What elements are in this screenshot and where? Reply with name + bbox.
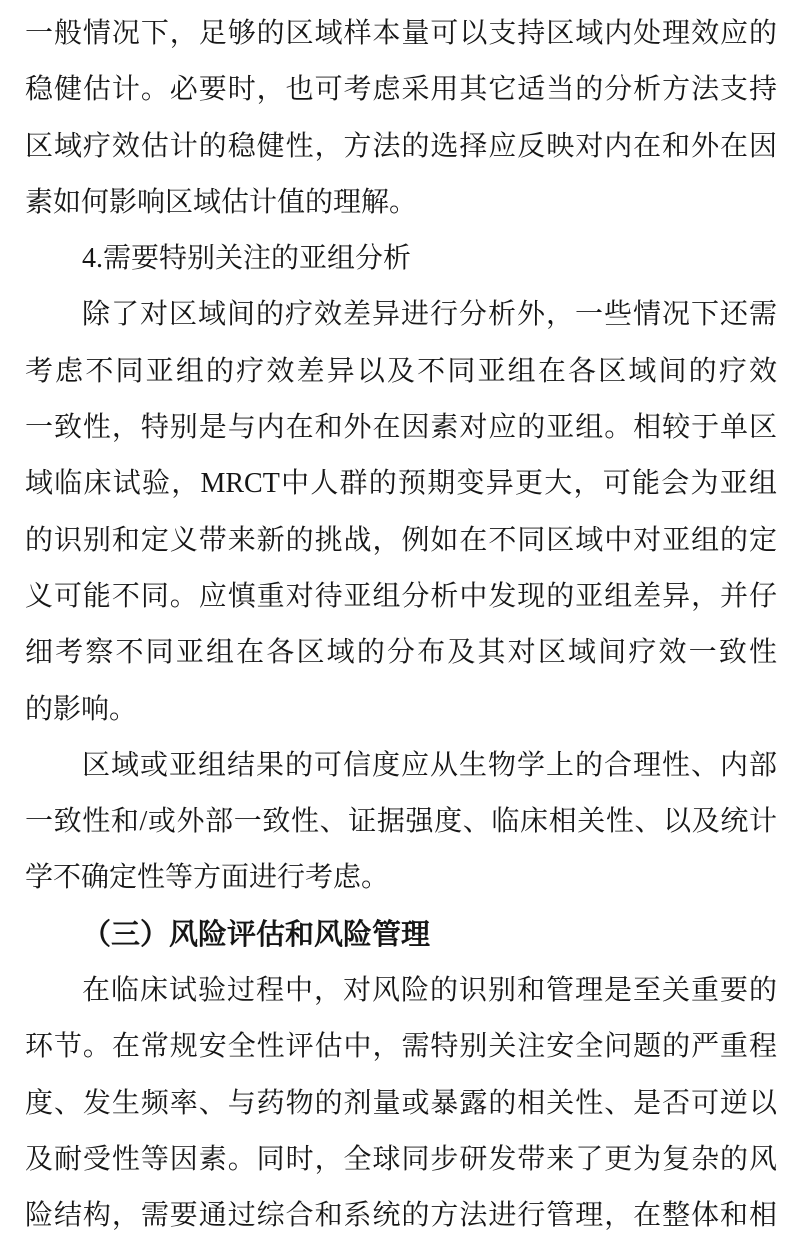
text-line: 的识别和定义带来新的挑战，例如在不同区域中对亚组的定: [25, 513, 777, 569]
text-line: 度、发生频率、与药物的剂量或暴露的相关性、是否可逆以: [25, 1076, 777, 1132]
text-line: 细考察不同亚组在各区域的分布及其对区域间疗效一致性: [25, 625, 777, 681]
text-line: 区域疗效估计的稳健性，方法的选择应反映对内在和外在因: [25, 119, 777, 175]
text-line: 险结构，需要通过综合和系统的方法进行管理，在整体和相: [25, 1188, 777, 1244]
text-line: 除了对区域间的疗效差异进行分析外，一些情况下还需: [25, 287, 777, 343]
text-line: 在临床试验过程中，对风险的识别和管理是至关重要的: [25, 963, 777, 1019]
text-line: 素如何影响区域估计值的理解。: [25, 175, 777, 231]
numbered-subheading: 4.需要特别关注的亚组分析: [25, 231, 777, 287]
text-line: 稳健估计。必要时，也可考虑采用其它适当的分析方法支持: [25, 62, 777, 118]
document-page: 一般情况下，足够的区域样本量可以支持区域内处理效应的稳健估计。必要时，也可考虑采…: [0, 0, 795, 1246]
section-heading: （三）风险评估和风险管理: [25, 907, 777, 963]
text-line: 区域或亚组结果的可信度应从生物学上的合理性、内部: [25, 738, 777, 794]
text-line: 环节。在常规安全性评估中，需特别关注安全问题的严重程: [25, 1019, 777, 1075]
text-line: 及耐受性等因素。同时，全球同步研发带来了更为复杂的风: [25, 1132, 777, 1188]
text-line: 考虑不同亚组的疗效差异以及不同亚组在各区域间的疗效: [25, 344, 777, 400]
text-line: 一致性，特别是与内在和外在因素对应的亚组。相较于单区: [25, 400, 777, 456]
text-line: 学不确定性等方面进行考虑。: [25, 850, 777, 906]
text-line: 的影响。: [25, 682, 777, 738]
text-line: 一般情况下，足够的区域样本量可以支持区域内处理效应的: [25, 6, 777, 62]
text-line: 义可能不同。应慎重对待亚组分析中发现的亚组差异，并仔: [25, 569, 777, 625]
text-line: 域临床试验，MRCT中人群的预期变异更大，可能会为亚组: [25, 456, 777, 512]
text-line: 一致性和/或外部一致性、证据强度、临床相关性、以及统计: [25, 794, 777, 850]
